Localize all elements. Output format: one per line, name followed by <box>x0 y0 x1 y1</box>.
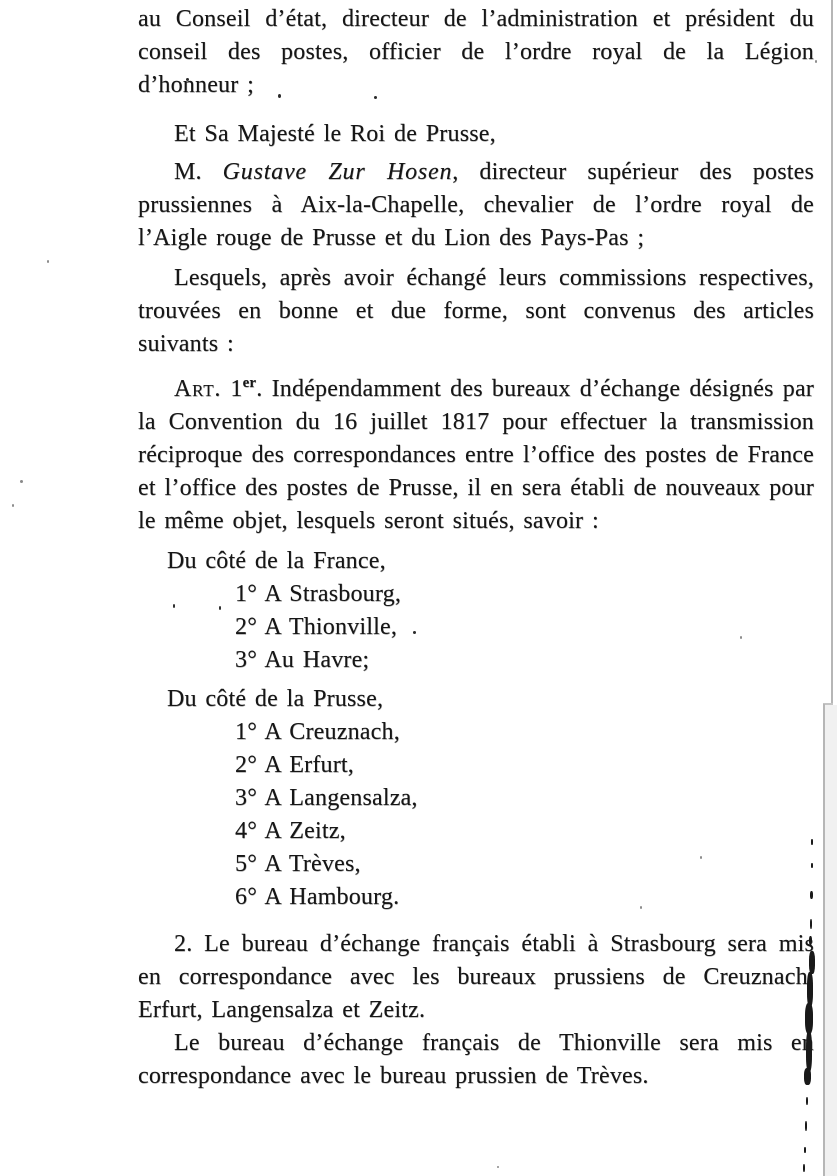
scan-speck <box>700 856 702 859</box>
list-item: 3° Au Havre; <box>235 644 814 677</box>
list-item: 1° A Strasbourg, <box>235 578 814 611</box>
ink-streak-dot <box>811 839 813 845</box>
ink-streak-dot <box>809 936 812 945</box>
ink-streak-blob <box>805 1003 813 1034</box>
ink-streak-blob <box>806 1031 812 1072</box>
list-item: 4° A Zeitz, <box>235 815 814 848</box>
paragraph-thionville: Le bureau d’échange français de Thionvil… <box>138 1027 814 1093</box>
scan-speck <box>740 636 742 639</box>
paragraph-text: Et Sa Majesté le Roi de Prusse, <box>174 121 496 147</box>
scan-speck <box>640 906 642 909</box>
list-item: 3° A Langensalza, <box>235 782 814 815</box>
ink-streak-dot <box>804 1147 806 1153</box>
scan-speck <box>173 604 175 608</box>
scan-speck <box>186 78 189 81</box>
ink-streak-blob <box>809 951 815 974</box>
scan-speck <box>374 96 377 99</box>
paragraph-lesquels: Lesquels, après avoir échangé leurs comm… <box>138 262 814 361</box>
france-bureau-group: Du côté de la France, 1° A Strasbourg, 2… <box>138 545 814 677</box>
page-edge-shadow-band <box>825 705 837 1176</box>
paragraph-article-1: Art. 1er. Indépendamment des bureaux d’é… <box>138 373 814 538</box>
ink-streak-dot <box>806 1097 808 1105</box>
scan-speck <box>278 94 281 98</box>
paragraph-preamble-titles: au Conseil d’état, directeur de l’admini… <box>138 3 814 102</box>
ink-streak <box>800 835 818 1175</box>
paragraph-text: Lesquels, après avoir échangé leurs comm… <box>138 265 814 357</box>
paragraph-text: Le bureau d’échange français de Thionvil… <box>138 1030 814 1089</box>
scan-speck <box>815 60 817 63</box>
paragraph-king-of-prussia: Et Sa Majesté le Roi de Prusse, <box>138 118 814 151</box>
list-item: 5° A Trèves, <box>235 848 814 881</box>
article-label: Art. <box>174 376 221 402</box>
prussia-bureau-list: 1° A Creuznach, 2° A Erfurt, 3° A Langen… <box>235 716 814 914</box>
paragraph-plenipotentiary: M. Gustave Zur Hosen, directeur supérieu… <box>138 156 814 255</box>
page-edge-line-lower <box>823 704 825 1176</box>
article-ordinal: er <box>243 375 257 391</box>
person-name: Gustave Zur Hosen <box>223 159 453 185</box>
ink-streak-dot <box>810 919 812 929</box>
scan-speck <box>20 480 23 483</box>
ink-streak-dot <box>803 1164 805 1172</box>
ink-streak-dot <box>810 891 813 899</box>
france-bureau-list: 1° A Strasbourg, 2° A Thionville, 3° Au … <box>235 578 814 677</box>
france-heading: Du côté de la France, <box>167 545 814 578</box>
scan-speck <box>47 260 49 263</box>
document-text-column: au Conseil d’état, directeur de l’admini… <box>138 3 814 1093</box>
paragraph-article-2: 2. Le bureau d’échange français établi à… <box>138 928 814 1027</box>
list-item: 1° A Creuznach, <box>235 716 814 749</box>
scan-speck <box>219 606 221 610</box>
prussia-bureau-group: Du côté de la Prusse, 1° A Creuznach, 2°… <box>138 683 814 914</box>
name-prefix: M. <box>174 159 223 185</box>
scan-speck <box>12 504 14 507</box>
ink-streak-dot <box>805 1121 807 1131</box>
scanned-document-page: { "document": { "paragraphs": { "p1": "a… <box>0 0 837 1176</box>
list-item: 2° A Erfurt, <box>235 749 814 782</box>
article-number: 1 <box>221 376 242 402</box>
ink-streak-blob <box>804 1068 811 1085</box>
prussia-heading: Du côté de la Prusse, <box>167 683 814 716</box>
paragraph-text: au Conseil d’état, directeur de l’admini… <box>138 6 814 98</box>
page-edge-line-upper <box>831 0 833 704</box>
scan-speck <box>413 631 416 634</box>
list-item: 2° A Thionville, <box>235 611 814 644</box>
list-item: 6° A Hambourg. <box>235 881 814 914</box>
paragraph-text: 2. Le bureau d’échange français établi à… <box>138 931 814 1023</box>
ink-streak-blob <box>807 972 813 1007</box>
scan-speck <box>497 1166 499 1168</box>
ink-streak-dot <box>811 863 813 868</box>
